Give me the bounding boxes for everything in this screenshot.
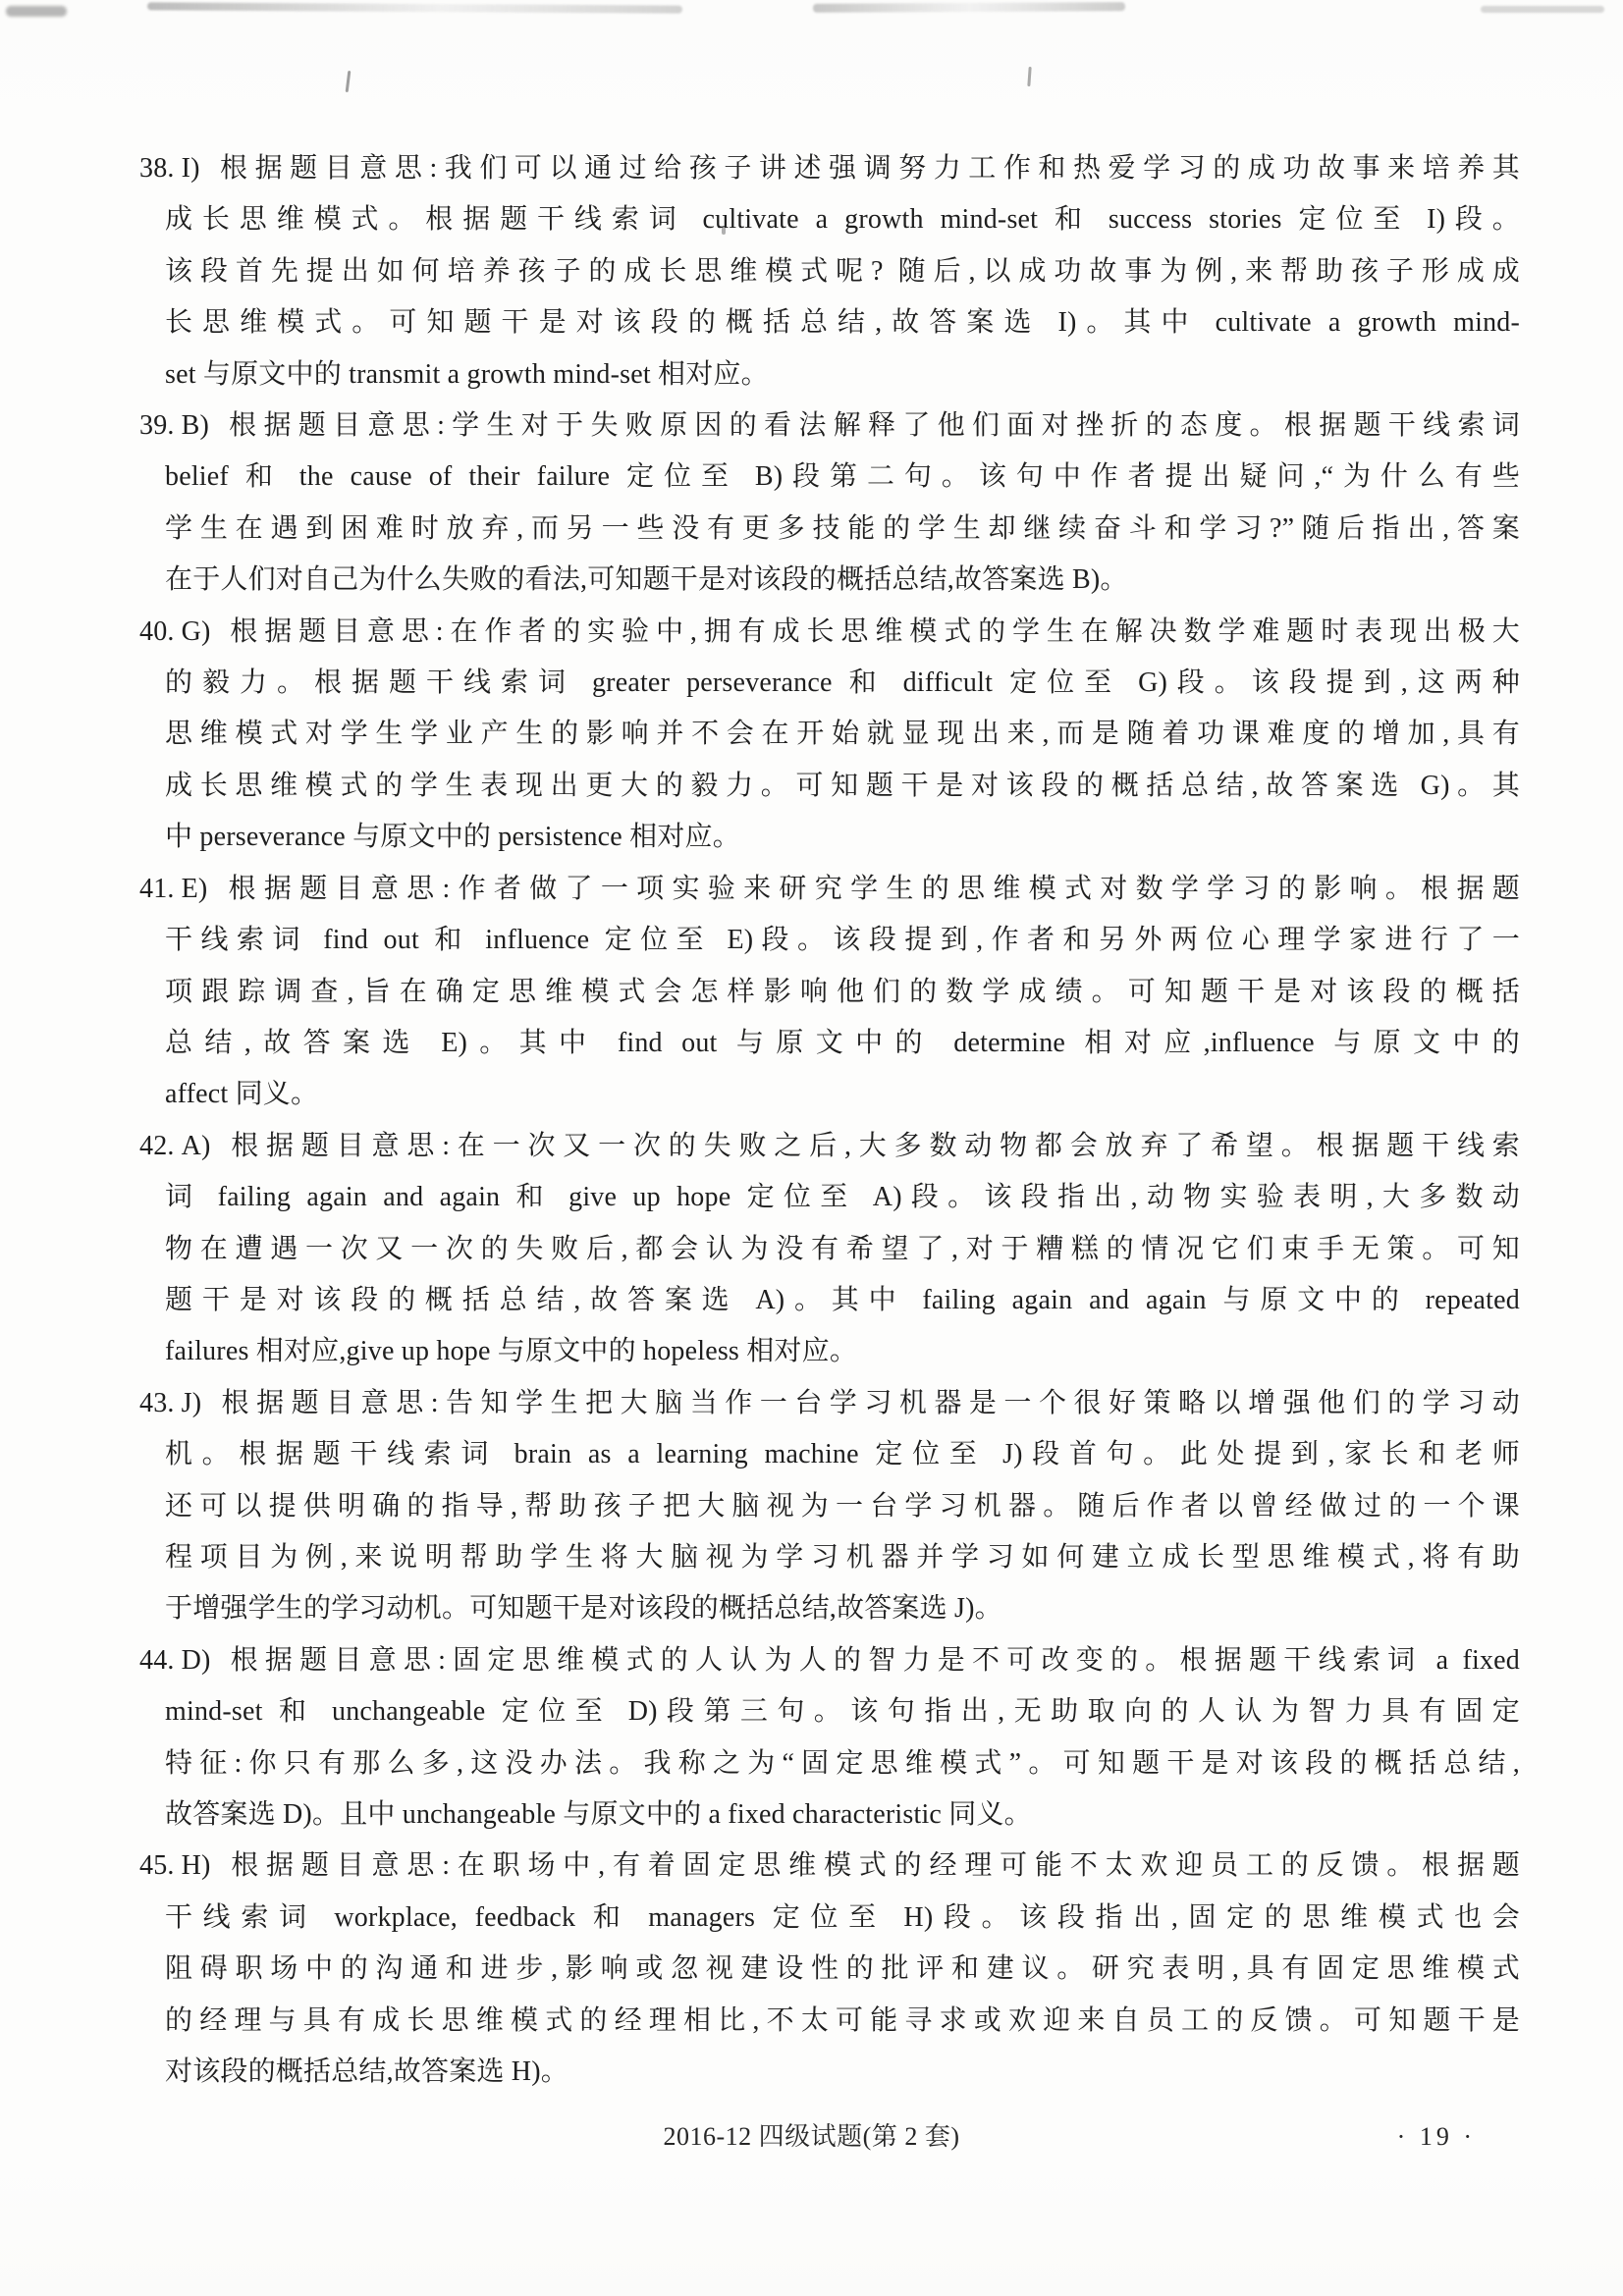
text-line: 的毅力。根据题干线索词 greater perseverance 和 diffi… <box>165 658 1520 709</box>
scan-smudge-top-left <box>147 2 682 13</box>
text-line: 思维模式对学生学业产生的影响并不会在开始就显现出来,而是随着功课难度的增加,具有 <box>165 709 1520 760</box>
line-text: 根据题目意思:在一次又一次的失败之后,大多数动物都会放弃了希望。根据题干线索 <box>224 1131 1520 1161</box>
item-number: 44. <box>139 1645 175 1676</box>
item-number: 42. <box>139 1131 175 1161</box>
text-line: 长思维模式。可知题干是对该段的概括总结,故答案选 I)。其中 cultivate… <box>165 297 1520 348</box>
answer-letter: I) <box>182 153 200 184</box>
scan-smudge-corner <box>6 6 67 17</box>
explanation-item-45: 45.H)根据题目意思:在职场中,有着固定思维模式的经理可能不太欢迎员工的反馈。… <box>165 1841 1520 2098</box>
text-line: 项跟踪调查,旨在确定思维模式会怎样影响他们的数学成绩。可知题干是对该段的概括 <box>165 967 1520 1018</box>
text-line: 对该段的概括总结,故答案选 H)。 <box>165 2047 1520 2098</box>
text-line: 43.J)根据题目意思:告知学生把大脑当作一台学习机器是一个很好策略以增强他们的… <box>165 1378 1520 1429</box>
text-line: 学生在遇到困难时放弃,而另一些没有更多技能的学生却继续奋斗和学习?”随后指出,答… <box>165 504 1520 555</box>
item-number: 43. <box>139 1388 175 1418</box>
item-number: 40. <box>139 616 175 647</box>
item-number: 45. <box>139 1850 175 1881</box>
answer-letter: G) <box>182 616 211 647</box>
scanned-exam-answer-page: 38.I)根据题目意思:我们可以通过给孩子讲述强调努力工作和热爱学习的成功故事来… <box>0 0 1623 2296</box>
text-line: 程项目为例,来说明帮助学生将大脑视为学习机器并学习如何建立成长型思维模式,将有助 <box>165 1532 1520 1583</box>
text-line: 阻碍职场中的沟通和进步,影响或忽视建设性的批评和建议。研究表明,具有固定思维模式 <box>165 1944 1520 1995</box>
text-line: 44.D)根据题目意思:固定思维模式的人认为人的智力是不可改变的。根据题干线索词… <box>165 1635 1520 1686</box>
explanation-item-40: 40.G)根据题目意思:在作者的实验中,拥有成长思维模式的学生在解决数学难题时表… <box>165 607 1520 864</box>
text-line: 故答案选 D)。且中 unchangeable 与原文中的 a fixed ch… <box>165 1789 1520 1841</box>
scan-smudge-top-center <box>813 2 1125 13</box>
line-text: 根据题目意思:作者做了一项实验来研究学生的思维模式对数学学习的影响。根据题 <box>220 874 1520 904</box>
answer-letter: J) <box>182 1388 202 1418</box>
text-line: 的经理与具有成长思维模式的经理相比,不太可能寻求或欢迎来自员工的反馈。可知题干是 <box>165 1996 1520 2047</box>
text-line: 干线索词 find out 和 influence 定位至 E)段。该段提到,作… <box>165 915 1520 966</box>
text-line: belief 和 the cause of their failure 定位至 … <box>165 452 1520 503</box>
text-line: failures 相对应,give up hope 与原文中的 hopeless… <box>165 1326 1520 1377</box>
footer-exam-label: 2016-12 四级试题(第 2 套) <box>0 2120 1623 2154</box>
line-text: 根据题目意思:告知学生把大脑当作一台学习机器是一个很好策略以增强他们的学习动 <box>214 1388 1520 1418</box>
text-line: 于增强学生的学习动机。可知题干是对该段的概括总结,故答案选 J)。 <box>165 1583 1520 1634</box>
text-line: mind-set 和 unchangeable 定位至 D)段第三句。该句指出,… <box>165 1686 1520 1737</box>
text-line: 中 perseverance 与原文中的 persistence 相对应。 <box>165 812 1520 863</box>
answer-explanation-list: 38.I)根据题目意思:我们可以通过给孩子讲述强调努力工作和热爱学习的成功故事来… <box>165 143 1520 2098</box>
text-line: 41.E)根据题目意思:作者做了一项实验来研究学生的思维模式对数学学习的影响。根… <box>165 864 1520 915</box>
text-line: 词 failing again and again 和 give up hope… <box>165 1172 1520 1223</box>
scan-speck <box>346 71 352 92</box>
answer-letter: E) <box>182 874 208 904</box>
text-line: affect 同义。 <box>165 1069 1520 1120</box>
text-line: 42.A)根据题目意思:在一次又一次的失败之后,大多数动物都会放弃了希望。根据题… <box>165 1121 1520 1172</box>
answer-letter: B) <box>182 410 209 441</box>
scan-smudge-top-right <box>1481 6 1604 13</box>
explanation-item-41: 41.E)根据题目意思:作者做了一项实验来研究学生的思维模式对数学学习的影响。根… <box>165 864 1520 1121</box>
item-number: 38. <box>139 153 175 184</box>
footer-page-number: · 19 · <box>1397 2120 1476 2154</box>
text-line: 38.I)根据题目意思:我们可以通过给孩子讲述强调努力工作和热爱学习的成功故事来… <box>165 143 1520 194</box>
text-line: 机。根据题干线索词 brain as a learning machine 定位… <box>165 1429 1520 1480</box>
text-line: 该段首先提出如何培养孩子的成长思维模式呢? 随后,以成功故事为例,来帮助孩子形成… <box>165 246 1520 297</box>
explanation-item-39: 39.B)根据题目意思:学生对于失败原因的看法解释了他们面对挫折的态度。根据题干… <box>165 400 1520 607</box>
line-text: 根据题目意思:在职场中,有着固定思维模式的经理可能不太欢迎员工的反馈。根据题 <box>224 1850 1520 1881</box>
scan-speck <box>1027 67 1031 86</box>
text-line: 特征:你只有那么多,这没办法。我称之为“固定思维模式”。可知题干是对该段的概括总… <box>165 1738 1520 1789</box>
explanation-item-38: 38.I)根据题目意思:我们可以通过给孩子讲述强调努力工作和热爱学习的成功故事来… <box>165 143 1520 400</box>
line-text: 根据题目意思:在作者的实验中,拥有成长思维模式的学生在解决数学难题时表现出极大 <box>224 616 1520 647</box>
answer-letter: H) <box>182 1850 211 1881</box>
text-line: 成长思维模式的学生表现出更大的毅力。可知题干是对该段的概括总结,故答案选 G)。… <box>165 761 1520 812</box>
explanation-item-44: 44.D)根据题目意思:固定思维模式的人认为人的智力是不可改变的。根据题干线索词… <box>165 1635 1520 1842</box>
line-text: 根据题目意思:固定思维模式的人认为人的智力是不可改变的。根据题干线索词 a fi… <box>224 1645 1520 1676</box>
explanation-item-43: 43.J)根据题目意思:告知学生把大脑当作一台学习机器是一个很好策略以增强他们的… <box>165 1378 1520 1635</box>
text-line: 40.G)根据题目意思:在作者的实验中,拥有成长思维模式的学生在解决数学难题时表… <box>165 607 1520 658</box>
text-line: 成长思维模式。根据题干线索词 cultivate a growth mind-s… <box>165 194 1520 245</box>
line-text: 根据题目意思:学生对于失败原因的看法解释了他们面对挫折的态度。根据题干线索词 <box>222 410 1520 441</box>
text-line: 在于人们对自己为什么失败的看法,可知题干是对该段的概括总结,故答案选 B)。 <box>165 555 1520 606</box>
text-line: 物在遭遇一次又一次的失败后,都会认为没有希望了,对于糟糕的情况它们束手无策。可知 <box>165 1224 1520 1275</box>
text-line: 还可以提供明确的指导,帮助孩子把大脑视为一台学习机器。随后作者以曾经做过的一个课 <box>165 1481 1520 1532</box>
text-line: 总结,故答案选 E)。其中 find out 与原文中的 determine 相… <box>165 1018 1520 1069</box>
item-number: 39. <box>139 410 175 441</box>
text-line: 干线索词 workplace, feedback 和 managers 定位至 … <box>165 1893 1520 1944</box>
text-line: 45.H)根据题目意思:在职场中,有着固定思维模式的经理可能不太欢迎员工的反馈。… <box>165 1841 1520 1892</box>
line-text: 根据题目意思:我们可以通过给孩子讲述强调努力工作和热爱学习的成功故事来培养其 <box>213 153 1520 184</box>
explanation-item-42: 42.A)根据题目意思:在一次又一次的失败之后,大多数动物都会放弃了希望。根据题… <box>165 1121 1520 1378</box>
answer-letter: A) <box>182 1131 211 1161</box>
item-number: 41. <box>139 874 175 904</box>
answer-letter: D) <box>182 1645 211 1676</box>
text-line: 39.B)根据题目意思:学生对于失败原因的看法解释了他们面对挫折的态度。根据题干… <box>165 400 1520 452</box>
text-line: 题干是对该段的概括总结,故答案选 A)。其中 failing again and… <box>165 1275 1520 1326</box>
text-line: set 与原文中的 transmit a growth mind-set 相对应… <box>165 349 1520 400</box>
